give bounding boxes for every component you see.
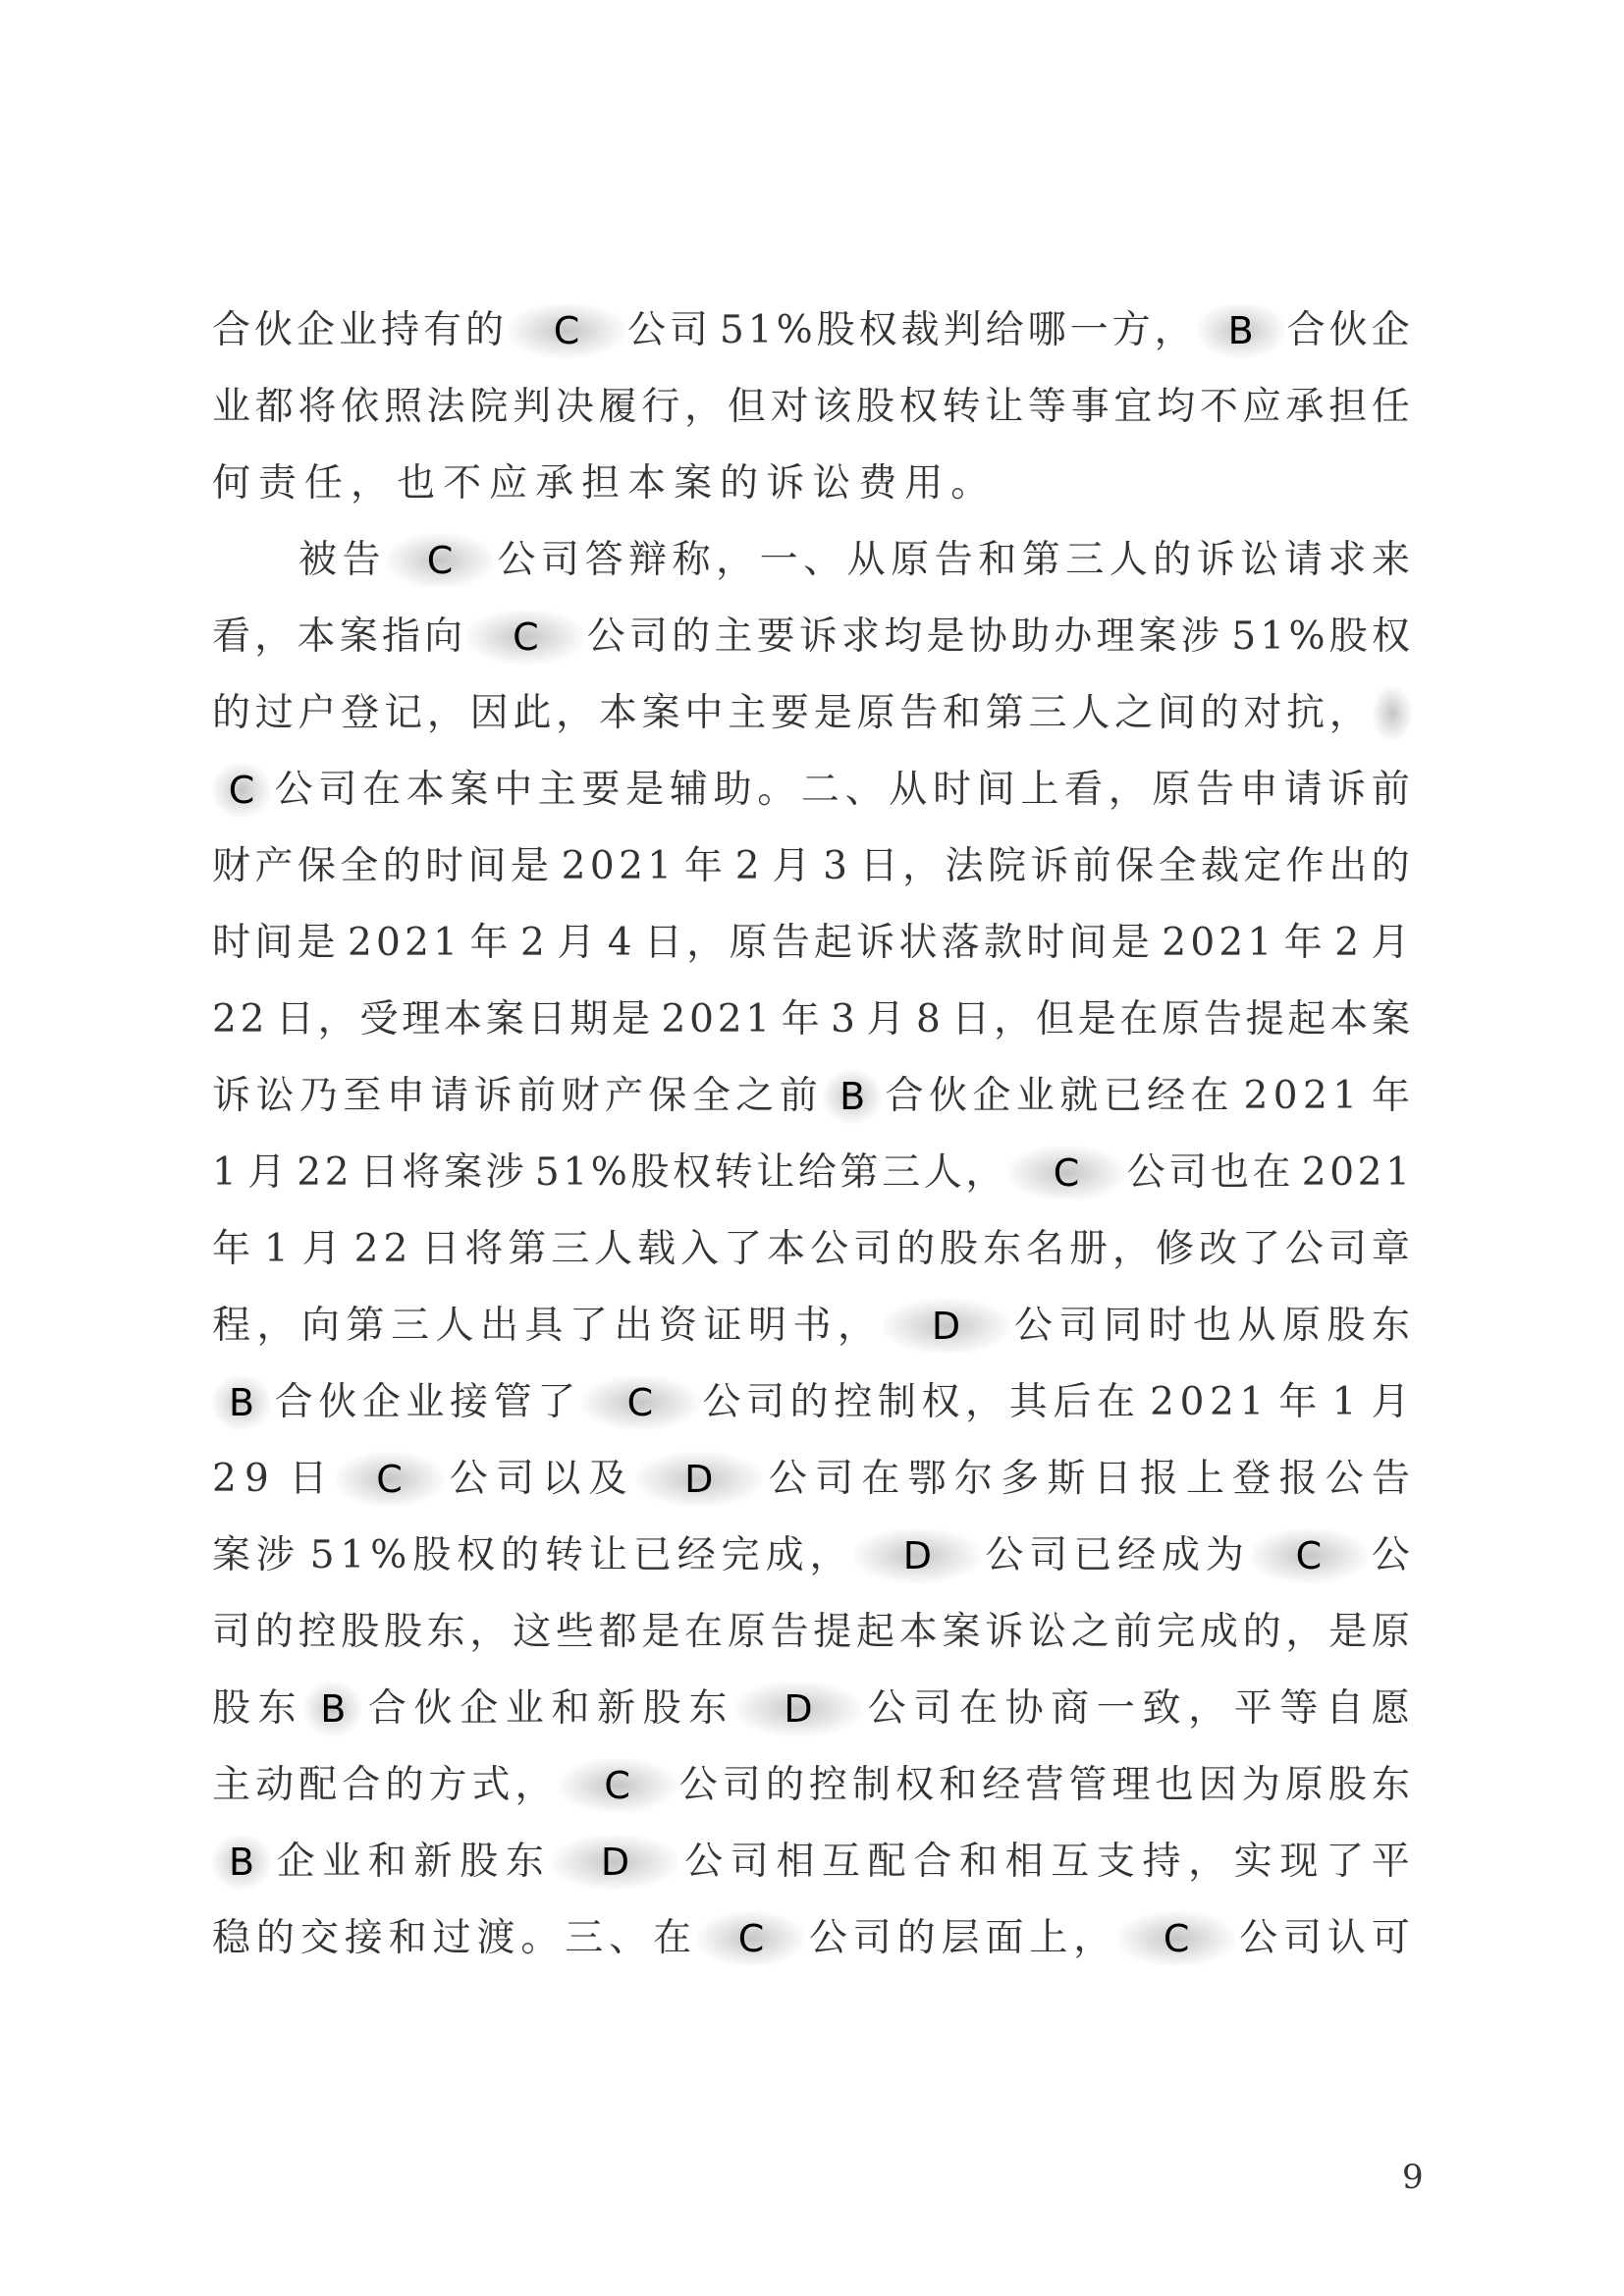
text-char: 月 (247, 1142, 288, 1204)
text-char: 交 (300, 1907, 341, 1970)
redacted-name-c: C (697, 1911, 805, 1966)
text-char: % (777, 299, 815, 362)
text-char: 申 (387, 1065, 427, 1128)
text-char: 等 (1279, 1678, 1320, 1740)
text-char: 给 (986, 299, 1026, 362)
text-char: 本 (1329, 988, 1370, 1051)
text-char: 2 (562, 835, 588, 898)
text-char: 股 (817, 299, 857, 362)
text-char: 3 (831, 988, 857, 1051)
text-char: 该 (813, 376, 853, 439)
text-char: 原 (1162, 988, 1202, 1051)
text-char: 第 (1022, 529, 1062, 592)
text-char: 告 (1196, 759, 1236, 822)
text-char: 将 (402, 1142, 442, 1204)
text-char (712, 299, 718, 362)
text-char: 公 (868, 1678, 908, 1740)
text-char: 理 (1111, 1754, 1152, 1817)
text-char: 司 (318, 759, 358, 822)
text-char: ， (1112, 1218, 1153, 1281)
text-char: 在 (1253, 1142, 1293, 1204)
text-char: 裁 (901, 299, 942, 362)
text-char: 制 (852, 1754, 893, 1817)
text-char: 理 (1096, 606, 1136, 668)
text-char: 是 (1078, 988, 1118, 1051)
text-char: 0 (689, 988, 716, 1051)
text-char: ， (1188, 1678, 1228, 1740)
text-char: 权 (922, 1371, 962, 1434)
text-char: 中 (684, 682, 725, 745)
text-char: 不 (1200, 376, 1240, 439)
text-char: 2 (383, 1218, 409, 1281)
text-char: 1 (433, 912, 460, 975)
text-char: 助 (714, 759, 754, 822)
redacted-name-c: C (559, 1758, 677, 1813)
text-char: 告 (772, 912, 812, 975)
text-char: 控 (298, 1601, 338, 1664)
text-char: 、 (845, 759, 886, 822)
text-char: 办 (1054, 606, 1094, 668)
text-char: 2 (325, 1142, 352, 1204)
text-char: % (1288, 606, 1326, 668)
text-char: 了 (1242, 1218, 1282, 1281)
text-char: 企 (297, 299, 337, 362)
text-char: 0 (1180, 1371, 1207, 1434)
text-char: 三 (882, 1142, 922, 1204)
text-char: 讼 (1240, 529, 1280, 592)
text-char: 辩 (628, 529, 669, 592)
text-char: 管 (494, 1371, 534, 1434)
text-char: 东 (427, 1601, 467, 1664)
text-char: 权 (899, 376, 940, 439)
text-char: 合 (212, 299, 252, 362)
text-char: ， (1109, 759, 1149, 822)
text-char: 。 (950, 453, 991, 515)
text-char: 2 (1334, 912, 1361, 975)
text-char (1362, 1371, 1368, 1434)
text-char: 改 (1199, 1218, 1239, 1281)
text-char: 司 (212, 1601, 252, 1664)
text-char: 原 (1372, 1601, 1412, 1664)
text-char: 1 (1260, 606, 1286, 668)
text-char: 看 (212, 606, 252, 668)
redacted-name-blank (1373, 686, 1412, 741)
text-char: 助 (1011, 606, 1052, 668)
text-char: 东 (1372, 1754, 1412, 1817)
text-char: 业 (322, 1831, 362, 1894)
text-char: 经 (982, 1754, 1022, 1817)
text-char (908, 988, 914, 1051)
text-char: 东 (983, 1218, 1023, 1281)
text-char: 可 (1372, 1907, 1412, 1970)
text-char: 之 (1071, 1601, 1111, 1664)
redaction-label: B (839, 1065, 865, 1128)
text-char: 责 (258, 453, 298, 515)
text-char: 提 (813, 1601, 853, 1664)
text-char (764, 835, 770, 898)
text-char: 公 (1239, 1907, 1279, 1970)
text-char: 东 (688, 1678, 729, 1740)
text-char: 面 (985, 1907, 1025, 1970)
text-char: 应 (489, 453, 529, 515)
text-char (823, 988, 829, 1051)
text-char: 前 (517, 1065, 558, 1128)
text-char (1362, 1065, 1368, 1128)
redacted-name-b: B (303, 1682, 362, 1736)
text-char: 记 (384, 682, 424, 745)
text-char: 年 (1278, 1371, 1319, 1434)
text-char: 主 (538, 759, 578, 822)
text-char: 公 (702, 1371, 742, 1434)
text-char: 依 (341, 376, 381, 439)
text-char: 是 (814, 682, 854, 745)
text-char: 和 (368, 1831, 408, 1894)
text-char: ， (1285, 1601, 1326, 1664)
text-char: 的 (672, 606, 712, 668)
text-char: 告 (343, 529, 383, 592)
text-char: 配 (868, 1831, 908, 1894)
text-char: 理 (402, 988, 442, 1051)
text-char: 4 (608, 912, 634, 975)
text-char: 司 (1058, 1295, 1099, 1358)
text-char: 股 (1326, 1295, 1367, 1358)
redaction-label: B (320, 1678, 346, 1740)
text-char: 何 (212, 453, 252, 515)
text-char: 日 (1094, 1448, 1134, 1511)
text-char: 和 (939, 1754, 979, 1817)
text-char: 公 (684, 1831, 725, 1894)
redacted-name-c: C (386, 533, 494, 588)
text-char: 2 (1302, 1142, 1328, 1204)
text-char: 同 (1104, 1295, 1144, 1358)
text-char: 0 (1273, 1065, 1300, 1128)
text-char: 愿 (1372, 1678, 1412, 1740)
text-line: 22 日，受理本案日期是 2021 年 3 月 8 日，但是在原告提起本案 (212, 982, 1412, 1058)
text-char: 自 (1326, 1678, 1366, 1740)
text-char: 接 (450, 1371, 490, 1434)
text-char (1294, 1142, 1300, 1204)
text-char: 也 (1193, 1295, 1233, 1358)
text-char: 司 (1283, 1907, 1324, 1970)
text-char: 承 (535, 453, 575, 515)
text-char: 权 (1372, 606, 1412, 668)
redacted-name-b: B (823, 1069, 882, 1124)
redacted-name-d: D (635, 1452, 763, 1507)
text-char: 在 (653, 1907, 693, 1970)
text-char: 转 (715, 1142, 755, 1204)
text-char: 本 (599, 682, 639, 745)
text-char: 时 (1148, 1295, 1188, 1358)
text-char (945, 988, 950, 1051)
text-char: 第 (986, 682, 1026, 745)
text-char: 相 (776, 1831, 816, 1894)
text-char: 是 (612, 988, 652, 1051)
text-char: 本 (899, 1601, 940, 1664)
text-char: 是 (625, 759, 666, 822)
text-char: 司 (629, 606, 670, 668)
redacted-name-c: C (466, 610, 584, 665)
text-char: 些 (556, 1601, 596, 1664)
text-char: 案 (212, 1524, 252, 1587)
text-char: 成 (1200, 1601, 1240, 1664)
redaction-label: C (513, 606, 539, 668)
text-char: 全 (340, 835, 380, 898)
text-char: 为 (1206, 1524, 1246, 1587)
text-char: 指 (382, 606, 422, 668)
text-char: 日 (276, 988, 316, 1051)
text-char: 成 (766, 1524, 806, 1587)
text-char: 此 (513, 682, 553, 745)
text-char: 合 (1287, 299, 1327, 362)
text-char: 作 (1286, 835, 1326, 898)
text-char: 的 (212, 682, 252, 745)
text-char: 落 (942, 912, 982, 975)
text-char: 司 (853, 1907, 893, 1970)
text-char (1363, 912, 1369, 975)
text-char: 2 (520, 912, 547, 975)
text-char: 告 (771, 1601, 811, 1664)
text-char: 经 (1147, 1065, 1187, 1128)
text-char: 5 (720, 299, 746, 362)
redacted-name-c: C (1117, 1911, 1235, 1966)
redacted-name-c: C (212, 763, 271, 818)
text-char: ， (469, 1601, 510, 1664)
redaction-label: C (427, 529, 454, 592)
text-char: 年 (469, 912, 510, 975)
text-char: 东 (1372, 1295, 1412, 1358)
text-char: 配 (298, 1754, 339, 1817)
text-char: 多 (1001, 1448, 1041, 1511)
text-char: 司 (1029, 1524, 1069, 1587)
text-char: ， (965, 1371, 1005, 1434)
text-char: 来 (1372, 529, 1412, 592)
text-char: ， (515, 1754, 556, 1817)
text-char: 层 (942, 1907, 982, 1970)
text-char: 具 (525, 1295, 566, 1358)
text-char: 日 (860, 835, 900, 898)
text-char: 保 (648, 1065, 688, 1128)
text-line: 案涉 51%股权的转让已经完成，D公司已经成为C公 (212, 1518, 1412, 1594)
text-char: 要 (581, 759, 622, 822)
text-char: 案 (1372, 988, 1412, 1051)
text-char: 诉 (1030, 835, 1070, 898)
text-char: 8 (916, 988, 943, 1051)
text-char: 也 (1211, 1142, 1251, 1204)
text-char: ， (1188, 1831, 1228, 1894)
text-char: 后 (1053, 1371, 1093, 1434)
text-char: 的 (256, 1907, 297, 1970)
text-char: 都 (599, 1601, 639, 1664)
text-char: 的 (1243, 1601, 1283, 1664)
text-char: 法 (946, 835, 986, 898)
text-char (1223, 606, 1229, 668)
text-char: 公 (809, 1907, 849, 1970)
text-char: 伙 (318, 1371, 358, 1434)
text-char: 企 (972, 1065, 1012, 1128)
text-char: 日 (360, 1142, 401, 1204)
text-char: 诉 (766, 453, 806, 515)
text-char: 在 (684, 1601, 725, 1664)
text-char: 2 (212, 1448, 239, 1511)
text-char: 求 (1327, 529, 1368, 592)
text-char: 向 (301, 1295, 342, 1358)
text-char: 了 (724, 1218, 764, 1281)
text-char: 起 (1287, 988, 1327, 1051)
text-char: 前 (1372, 759, 1412, 822)
text-char: 2 (1358, 1142, 1384, 1204)
text-char: 程 (212, 1295, 252, 1358)
text-char: 公 (450, 1448, 490, 1511)
text-char: 公 (679, 1754, 720, 1817)
text-char (290, 1142, 296, 1204)
text-char: 司 (815, 1448, 855, 1511)
text-char: ， (318, 988, 358, 1051)
text-char: 月 (302, 1218, 343, 1281)
text-char: 管 (1068, 1754, 1109, 1817)
text-char (774, 988, 780, 1051)
text-char: 0 (1190, 912, 1217, 975)
text-char: 完 (1157, 1601, 1197, 1664)
redacted-name-c: C (508, 303, 625, 358)
text-char: 股 (856, 376, 896, 439)
text-char: 公 (1372, 1524, 1412, 1587)
redacted-name-d: D (883, 1299, 1010, 1354)
text-char: 从 (1237, 1295, 1277, 1358)
text-char: 是 (511, 835, 551, 898)
text-char: 公 (498, 529, 538, 592)
text-char: 向 (424, 606, 464, 668)
text-char: 公 (1326, 1448, 1366, 1511)
text-char: 权 (859, 299, 899, 362)
text-char: ， (351, 453, 391, 515)
text-char: 承 (1285, 376, 1326, 439)
redacted-name-c: C (336, 1452, 444, 1507)
text-char: 履 (599, 376, 639, 439)
text-char: 司 (746, 1371, 786, 1434)
text-char: 保 (298, 835, 338, 898)
text-char (600, 912, 606, 975)
text-char: 动 (255, 1754, 296, 1817)
text-char: ， (994, 988, 1034, 1051)
text-char: 担 (1328, 376, 1369, 439)
text-char: 三 (1065, 529, 1106, 592)
text-char: 修 (1156, 1218, 1196, 1281)
text-char: 也 (397, 453, 437, 515)
text-char: 鄂 (908, 1448, 948, 1511)
text-char: 1 (264, 1218, 291, 1281)
text-char: 了 (569, 1295, 610, 1358)
text-char: 权 (457, 1524, 497, 1587)
text-line: 主动配合的方式，C公司的控制权和经营管理也因为原股东 (212, 1747, 1412, 1824)
text-char: 至 (343, 1065, 383, 1128)
text-char: 2 (662, 988, 688, 1051)
text-char: 间 (977, 759, 1017, 822)
text-char: 2 (405, 912, 431, 975)
text-char: 日 (421, 1218, 461, 1281)
text-char (727, 835, 732, 898)
redaction-label: C (1054, 1142, 1080, 1204)
text-char: 诉 (985, 1601, 1025, 1664)
text-char: 伙 (414, 1678, 455, 1740)
text-char: 业 (339, 299, 379, 362)
text-char: 是 (641, 1601, 681, 1664)
text-char: 有 (423, 299, 463, 362)
text-char: 间 (254, 912, 295, 975)
text-char (654, 988, 660, 1051)
redaction-label: D (684, 1448, 713, 1511)
text-char (636, 912, 642, 975)
redaction-label: C (604, 1754, 630, 1817)
text-char: 1 (340, 1524, 366, 1587)
text-char: 对 (1243, 682, 1283, 745)
text-char: 担 (581, 453, 622, 515)
text-char (352, 1142, 358, 1204)
text-char: 但 (1036, 988, 1076, 1051)
text-char: 过 (255, 682, 296, 745)
text-char: 过 (433, 1907, 473, 1970)
text-char: 户 (298, 682, 339, 745)
text-char: 原 (856, 682, 896, 745)
text-char: 将 (464, 1218, 505, 1281)
text-char: ， (1073, 1907, 1113, 1970)
text-char: 合 (886, 1065, 926, 1128)
text-char: 受 (359, 988, 400, 1051)
text-char: 公 (985, 1524, 1025, 1587)
text-char: 三 (551, 1218, 591, 1281)
text-char: 人 (924, 1142, 964, 1204)
text-char: 间 (1158, 682, 1198, 745)
text-char: 和 (978, 529, 1018, 592)
text-char: 法 (427, 376, 467, 439)
text-char: 任 (1372, 376, 1412, 439)
text-char: 公 (810, 1218, 850, 1281)
text-char (553, 835, 559, 898)
text-char: 时 (1026, 912, 1066, 975)
text-char: 从 (847, 529, 888, 592)
text-char: 诉 (856, 912, 896, 975)
text-char: 股 (643, 1678, 683, 1740)
text-char: 费 (858, 453, 898, 515)
text-char: 一 (760, 529, 800, 592)
text-char: 已 (1104, 1065, 1144, 1128)
text-line: 稳的交接和过渡。三、在C公司的层面上，C公司认可 (212, 1900, 1412, 1977)
text-char: 公 (275, 759, 315, 822)
text-char: 均 (884, 606, 924, 668)
text-char: 案 (450, 759, 490, 822)
redaction-label: D (932, 1295, 960, 1358)
text-char: ， (257, 1295, 298, 1358)
text-char: 1 (1332, 1371, 1359, 1434)
text-char (268, 988, 274, 1051)
text-char: 原 (1152, 759, 1192, 822)
text-char: 是 (1111, 912, 1152, 975)
text-char: 和 (551, 1678, 591, 1740)
redaction-label: C (229, 759, 255, 822)
text-char: 诉 (212, 1065, 252, 1128)
text-char: 东 (258, 1678, 298, 1740)
text-line: 的过户登记，因此，本案中主要是原告和第三人之间的对抗， (212, 675, 1412, 752)
text-char: 和 (943, 682, 983, 745)
redaction-label: C (1164, 1907, 1190, 1970)
text-line: 29 日C公司以及D公司在鄂尔多斯日报上登报公告 (212, 1441, 1412, 1518)
text-char: ， (809, 1524, 849, 1587)
text-char: 成 (1162, 1524, 1202, 1587)
text-char (412, 1218, 418, 1281)
text-char: 答 (585, 529, 625, 592)
text-char: 判 (513, 376, 553, 439)
text-char: 及 (588, 1448, 628, 1511)
text-char: 日 (528, 988, 568, 1051)
